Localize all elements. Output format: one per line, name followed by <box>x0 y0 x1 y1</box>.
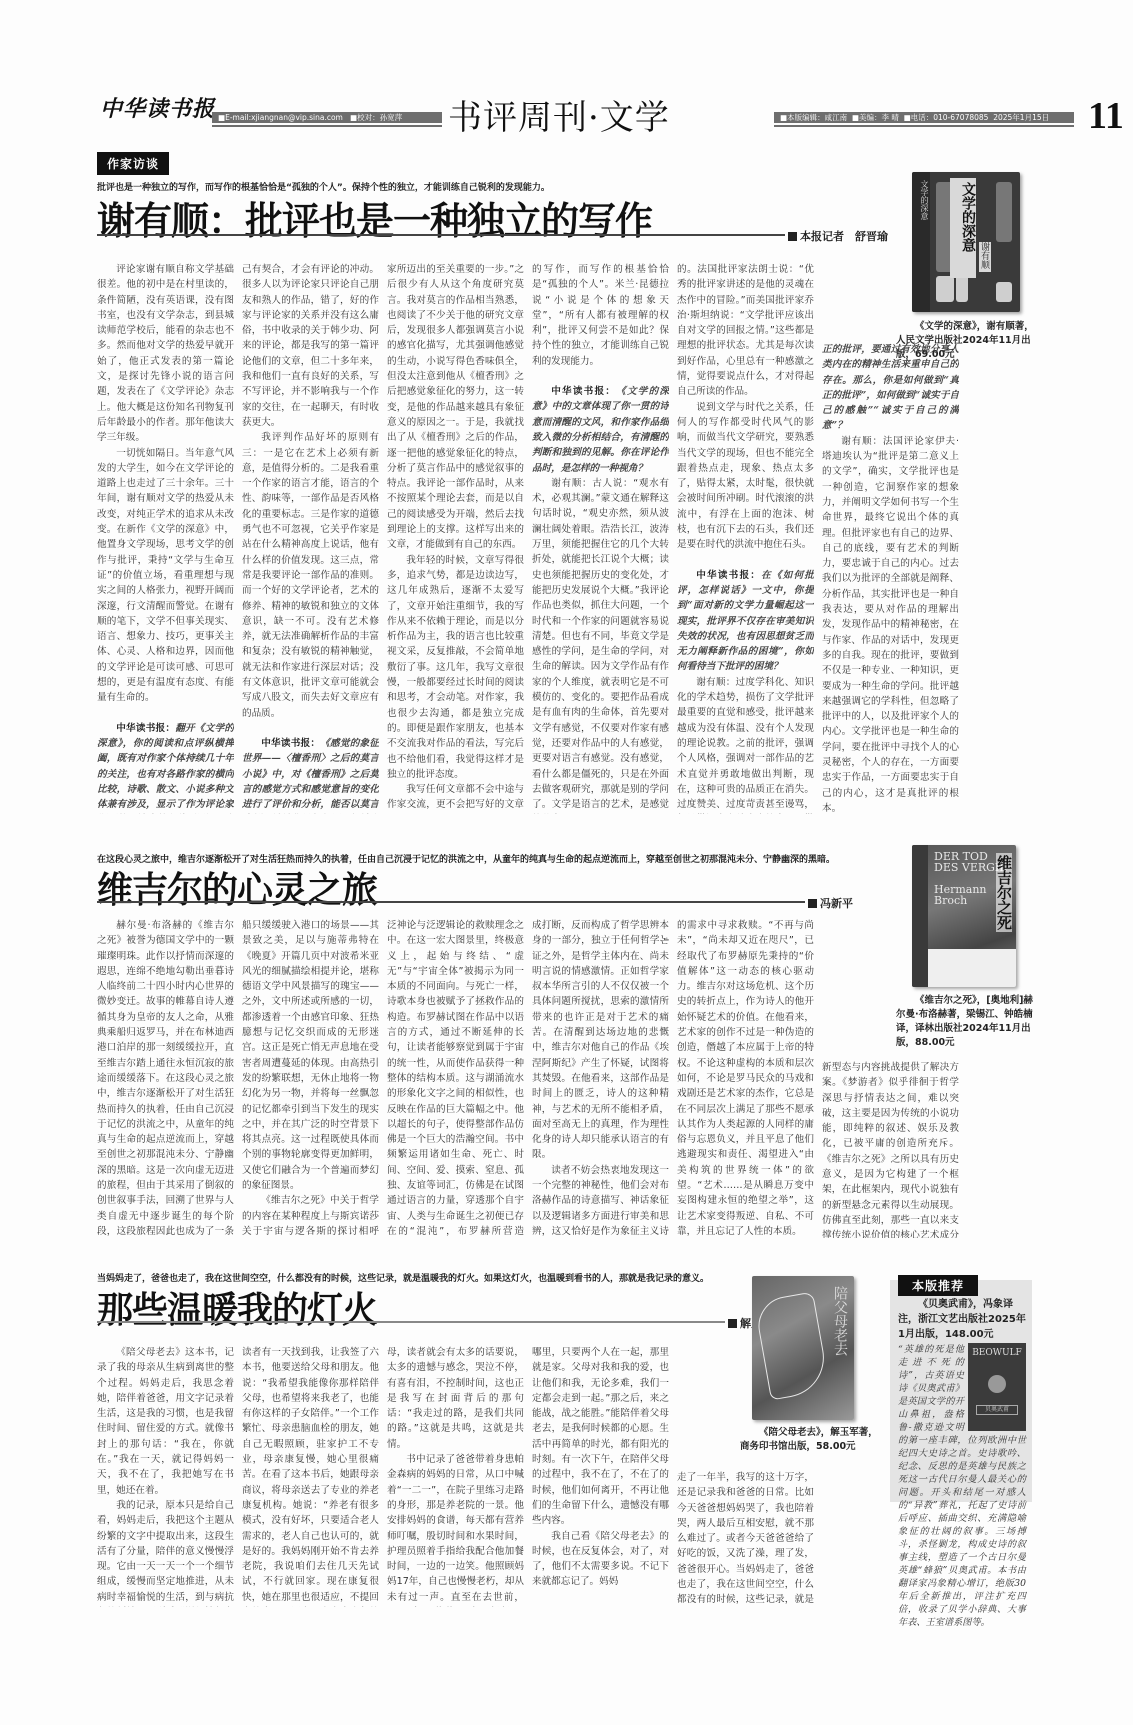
paragraph: 母，读者就会有太多的话要说，太多的遗憾与感念，哭泣不停，有喜有泪，不控制时间，这… <box>387 1345 524 1452</box>
paragraph: 一切恍如隔日。当年意气风发的大学生，如今在文学评论的道路上也走过了三十余年。三十… <box>97 446 234 706</box>
text-column: 家所迈出的至关重要的一步。”之后很少有人从这个角度研究莫言。我对莫言的作品相当熟… <box>387 262 524 814</box>
paragraph: 走了一年半，我写的这十万字，还是记录我和爸爸的日常。比如今天爸爸想妈妈哭了，我也… <box>677 1470 814 1607</box>
text-column: 的。法国批评家法朗士说：“优秀的批评家讲述的是他的灵魂在杰作中的冒险。”而美国批… <box>677 262 814 814</box>
paragraph: 读者不妨会热衷地发现这一一个完整的神秘性，他们会对布洛赫作品的诗意描写、神话象征… <box>532 1163 669 1238</box>
article-headline: 那些温暖我的灯火 <box>97 1282 377 1333</box>
paragraph-text: 《维吉尔之死》中关于哲学的内容在某种程度上与斯宾诺莎关于宇宙与逻各斯的探讨相呼应… <box>242 1195 379 1238</box>
speaker-label: 谢有顺： <box>696 677 735 688</box>
speaker-label: 中华读书报： <box>551 386 616 397</box>
book-title: BEOWULF <box>968 1347 1026 1360</box>
paragraph-text: 船只缓缓驶入港口的场景——其景致之美，足以与施蒂弗特在《晚夏》开篇几页中对波希米… <box>242 920 379 1191</box>
paragraph-text: 读者不妨会热衷地发现这一一个完整的神秘性，他们会对布洛赫作品的诗意描写、神话象征… <box>532 1165 669 1238</box>
article1-body: 评论家谢有顺自称文学基础很差。他的初中是在村里读的，条件简陋，没有英语课，没有图… <box>97 262 1133 814</box>
paragraph: 我自己看《陪父母老去》的时候，也在反复体会，对了，对了，他们不太需要多说。不记下… <box>532 1529 669 1590</box>
paragraph: 的。法国批评家法朗士说：“优秀的批评家讲述的是他的灵魂在杰作中的冒险。”而美国批… <box>677 262 814 400</box>
paragraph: 成打断，反而构成了哲学思辨本身的一部分，独立于任何哲学논证之外，是哲学主体内在、… <box>532 918 669 1163</box>
text-column: 读者有一天找到我，让我签了六本书，他要送给父母和朋友。他说：“我希望我能像你那样… <box>242 1345 379 1607</box>
phone-text: ■电话：010-67078085 <box>904 113 989 122</box>
newspaper-logo: 中华读书报 <box>100 92 215 123</box>
masthead: 中华读书报 ■E-mail:xjiangnan@vip.sina.com ■校对… <box>100 90 1040 134</box>
paragraph-text: 《陪父母老去》这本书，记录了我的母亲从生病到离世的整个过程。妈妈走后，我思念着她… <box>97 1347 234 1496</box>
paragraph-text: 赫尔曼·布洛赫的《维吉尔之死》被誉为德国文学中的一颗璀璨明珠。此作以抒情而深邃的… <box>97 920 234 1238</box>
paragraph-text: 在《如何批评，怎样说话》一文中，你提到“面对新的文学力量崛起这一现实，批评界不仅… <box>677 570 814 673</box>
book-emblem <box>988 1375 1006 1393</box>
article2-body: 赫尔曼·布洛赫的《维吉尔之死》被誉为德国文学中的一颗璀璨明珠。此作以抒情而深邃的… <box>97 918 1133 1238</box>
recommendation-tag: 本版推荐 <box>898 1275 978 1296</box>
book-subtitle: 贝奥武甫 <box>976 1405 1018 1415</box>
paragraph: 《维吉尔之死》中关于哲学的内容在某种程度上与斯宾诺莎关于宇宙与逻各斯的探讨相呼应… <box>242 1193 379 1238</box>
interview-answer: 谢有顺：法国评论家伊夫·塔迪埃认为“批评是第二意义上的文学”，确实，文学批评也是… <box>822 434 959 814</box>
paragraph-text: 说到文学与时代之关系，任何人的写作都受时代风气的影响，而做当代文学研究，要熟悉当… <box>677 402 814 551</box>
contact-bar-left: ■E-mail:xjiangnan@vip.sina.com ■校对：孙宽萍 <box>212 112 442 123</box>
byline: 本报记者 舒晋瑜 <box>788 228 888 244</box>
text-column: 的写作，而写作的根基恰恰是“孤独的个人”。米兰·昆德拉说“小说是个体的想象天堂”… <box>532 262 669 814</box>
paragraph: 我写任何文章都不会中途与作家交流，更不会把写好的文章发给他们征求意见。批评也是一… <box>387 782 524 814</box>
speaker-label: 中华读书报： <box>261 738 320 749</box>
paragraph: 评论家谢有顺自称文学基础很差。他的初中是在村里读的，条件简陋，没有英语课，没有图… <box>97 262 234 446</box>
paragraph: 的需求中寻求救赎。“不再与尚未”，“尚未却又近在咫尺”，已经取代了布罗赫原先秉持… <box>677 918 814 1238</box>
speaker-label: 谢有顺： <box>841 436 883 447</box>
editor-text: ■本版编辑：咸江南 <box>780 113 847 122</box>
interview-answer: 谢有顺：古人说：“观水有术，必观其澜。”蒙文通在解释这句话时说，“观史亦然，须从… <box>532 476 669 814</box>
divider <box>97 1321 725 1323</box>
section-tag: 作家访谈 <box>97 152 169 175</box>
paragraph-text: 新型态与内容挑战提供了解决方案。《梦游者》似乎徘徊于哲学深思与抒情表达之间，难以… <box>822 1062 959 1238</box>
article3-body: 《陪父母老去》这本书，记录了我的母亲从生病到离世的整个过程。妈妈走后，我思念着她… <box>97 1345 877 1607</box>
interview-question: 中华读书报：《文学的深意》中的文章体现了你一贯的诗意而清醒的文风，和作家作品细致… <box>532 384 669 476</box>
paragraph-text: 泛神论与泛逻辑论的救赎理念之中。在这一宏大图景里，终极意义上，起始与终结、“虚无… <box>387 920 524 1238</box>
paragraph-text: 我评判作品好坏的原则有三：一是它在艺术上必须有新意，是值得分析的。二是我看重一个… <box>242 432 379 718</box>
text-column: 哪里，只要两个人在一起，那里就是家。父母对我和我的爱，也让他们和我，无论多难，我… <box>532 1345 669 1607</box>
contact-bar-right: ■本版编辑：咸江南 ■美编：李 晴 ■电话：010-67078085 2025年… <box>774 112 1074 123</box>
paragraph-text: 评论家谢有顺自称文学基础很差。他的初中是在村里读的，条件简陋，没有英语课，没有图… <box>97 264 234 443</box>
section-title: 书评周刊·文学 <box>448 90 670 139</box>
paragraph-text: 《文学的深意》中的文章体现了你一贯的诗意而清醒的文风，和作家作品细致入微的分析相… <box>532 386 669 473</box>
paragraph-text: 家所迈出的至关重要的一步。”之后很少有人从这个角度研究莫言。我对莫言的作品相当熟… <box>387 264 524 550</box>
byline: 冯新平 <box>808 895 853 911</box>
speaker-label: 中华读书报： <box>696 570 761 581</box>
paragraph-text: 母，读者就会有太多的话要说，太多的遗憾与感念，哭泣不停，有喜有泪，不控制时间，这… <box>387 1347 524 1450</box>
speaker-label: 谢有顺： <box>551 478 592 489</box>
divider <box>212 125 442 127</box>
text-column: 赫尔曼·布洛赫的《维吉尔之死》被誉为德国文学中的一颗璀璨明珠。此作以抒情而深邃的… <box>97 918 234 1238</box>
paragraph-text: 走了一年半，我写的这十万字，还是记录我和爸爸的日常。比如今天爸爸想妈妈哭了，我也… <box>677 1472 814 1607</box>
paragraph-text: 成打断，反而构成了哲学思辨本身的一部分，独立于任何哲学논证之外，是哲学主体内在、… <box>532 920 669 1160</box>
paragraph: 我的记录，原本只是给自己看，妈妈走后，我把这个主题从纷繁的文字中提取出来，这段生… <box>97 1498 234 1607</box>
paragraph-text: 的。法国批评家法朗士说：“优秀的批评家讲述的是他的灵魂在杰作中的冒险。”而美国批… <box>677 264 814 397</box>
email-text: ■E-mail:xjiangnan@vip.sina.com <box>218 113 343 122</box>
paragraph-text: 正的批评，要通过有效地分享人类内在的精神生活来重申自己的存在。那么，你是如何做到… <box>822 344 959 431</box>
paragraph: 己有契合，才会有评论的冲动。很多人以为评论家只评论自己朋友和熟人的作品，错了，好… <box>242 262 379 430</box>
paragraph: 说到文学与时代之关系，任何人的写作都受时代风气的影响，而做当代文学研究，要熟悉当… <box>677 400 814 553</box>
text-column: 新型态与内容挑战提供了解决方案。《梦游者》似乎徘徊于哲学深思与抒情表达之间，难以… <box>822 1060 959 1238</box>
paragraph-text: 古人说：“观水有术，必观其澜。”蒙文通在解释这句话时说，“观史亦然，须从波澜壮阔… <box>532 478 669 814</box>
text-column: 船只缓缓驶入港口的场景——其景致之美，足以与施蒂弗特在《晚夏》开篇几页中对波希米… <box>242 918 379 1238</box>
divider <box>774 125 1074 127</box>
article-headline: 谢有顺：批评也是一种独立的写作 <box>97 190 652 245</box>
article-headline: 维吉尔的心灵之旅 <box>97 862 377 913</box>
text-column: 成打断，反而构成了哲学思辨本身的一部分，独立于任何哲学논证之外，是哲学主体内在、… <box>532 918 669 1238</box>
paragraph: 泛神论与泛逻辑论的救赎理念之中。在这一宏大图景里，终极意义上，起始与终结、“虚无… <box>387 918 524 1238</box>
date-text: 2025年1月15日 <box>993 113 1049 122</box>
interview-question: 中华读书报：在《如何批评，怎样说话》一文中，你提到“面对新的文学力量崛起这一现实… <box>677 568 814 675</box>
recommendation-body: BEOWULF 贝奥武甫 “英雄的死是他走进不死的诗”，古英语史诗《贝奥武甫》是… <box>898 1343 1026 1629</box>
interview-question: 中华读书报：《感觉的象征世界——〈檀香刑〉之后的莫言小说》中，对《檀香刑》之后莫… <box>242 736 379 814</box>
paragraph-text: 我写任何文章都不会中途与作家交流，更不会把写好的文章发给他们征求意见。批评也是一… <box>387 784 524 814</box>
recommendation-heading: 《贝奥武甫》，冯象译注，浙江文艺出版社2025年1月出版，148.00元 <box>898 1297 1026 1342</box>
paragraph-text: 过度学科化、知识化的学术趋势，损伤了文学批评最重要的直觉和感受，批评越来越成为没… <box>677 677 814 814</box>
paragraph-text: 读者有一天找到我，让我签了六本书，他要送给父母和朋友。他说：“我希望我能像你那样… <box>242 1347 379 1607</box>
text-column: 走了一年半，我写的这十万字，还是记录我和爸爸的日常。比如今天爸爸想妈妈哭了，我也… <box>677 1470 814 1607</box>
page-number: 11 <box>1088 94 1124 138</box>
divider <box>97 901 805 903</box>
interview-answer: 谢有顺：过度学科化、知识化的学术趋势，损伤了文学批评最重要的直觉和感受，批评越来… <box>677 675 814 814</box>
designer-text: ■美编：李 晴 <box>852 113 899 122</box>
paragraph-text: 翻开《文学的深意》，你的阅读和点评纵横捭阖，既有对作家个体持续几十年的关注，也有… <box>97 723 234 814</box>
paragraph-text: 哪里，只要两个人在一起，那里就是家。父母对我和我的爱，也让他们和我，无论多难，我… <box>532 1347 669 1526</box>
paragraph: 新型态与内容挑战提供了解决方案。《梦游者》似乎徘徊于哲学深思与抒情表达之间，难以… <box>822 1060 959 1238</box>
text-column: 《陪父母老去》这本书，记录了我的母亲从生病到离世的整个过程。妈妈走后，我思念着她… <box>97 1345 234 1607</box>
text-column: 正的批评，要通过有效地分享人类内在的精神生活来重申自己的存在。那么，你是如何做到… <box>822 342 959 814</box>
paragraph: 的写作，而写作的根基恰恰是“孤独的个人”。米兰·昆德拉说“小说是个体的想象天堂”… <box>532 262 669 369</box>
paragraph: 赫尔曼·布洛赫的《维吉尔之死》被誉为德国文学中的一颗璀璨明珠。此作以抒情而深邃的… <box>97 918 234 1238</box>
paragraph: 家所迈出的至关重要的一步。”之后很少有人从这个角度研究莫言。我对莫言的作品相当熟… <box>387 262 524 553</box>
paragraph-text: 己有契合，才会有评论的冲动。很多人以为评论家只评论自己朋友和熟人的作品，错了，好… <box>242 264 379 428</box>
paragraph: 书中记录了爸爸带着身患帕金森病的妈妈的日常，从口中喊着“一二一”，在院子里练习走… <box>387 1452 524 1607</box>
divider <box>97 234 785 236</box>
paragraph: 《陪父母老去》这本书，记录了我的母亲从生病到离世的整个过程。妈妈走后，我思念着她… <box>97 1345 234 1498</box>
text-column: 母，读者就会有太多的话要说，太多的遗憾与感念，哭泣不停，有喜有泪，不控制时间，这… <box>387 1345 524 1607</box>
paragraph-text: 书中记录了爸爸带着身患帕金森病的妈妈的日常，从口中喊着“一二一”，在院子里练习走… <box>387 1454 524 1607</box>
text-column: 评论家谢有顺自称文学基础很差。他的初中是在村里读的，条件简陋，没有英语课，没有图… <box>97 262 234 814</box>
interview-question: 中华读书报：翻开《文学的深意》，你的阅读和点评纵横捭阖，既有对作家个体持续几十年… <box>97 721 234 814</box>
paragraph: 读者有一天找到我，让我签了六本书，他要送给父母和朋友。他说：“我希望我能像你那样… <box>242 1345 379 1607</box>
text-column: 泛神论与泛逻辑论的救赎理念之中。在这一宏大图景里，终极意义上，起始与终结、“虚无… <box>387 918 524 1238</box>
paragraph-text: 法国评论家伊夫·塔迪埃认为“批评是第二意义上的文学”，确实，文学批评也是一种创造… <box>822 436 959 814</box>
paragraph: 哪里，只要两个人在一起，那里就是家。父母对我和我的爱，也让他们和我，无论多难，我… <box>532 1345 669 1529</box>
text-column: 己有契合，才会有评论的冲动。很多人以为评论家只评论自己朋友和熟人的作品，错了，好… <box>242 262 379 814</box>
paragraph-text: 的需求中寻求救赎。“不再与尚未”，“尚未却又近在咫尺”，已经取代了布罗赫原先秉持… <box>677 920 814 1237</box>
paragraph: 我年轻的时候，文章写得很多，追求气势，都是边读边写，这几年成熟后，逐渐不太爱写了… <box>387 553 524 782</box>
proofreader-text: ■校对：孙宽萍 <box>350 113 402 122</box>
book-cover-beowulf: BEOWULF 贝奥武甫 <box>968 1343 1026 1431</box>
paragraph-text: 我自己看《陪父母老去》的时候，也在反复体会，对了，对了，他们不太需要多说。不记下… <box>532 1531 669 1588</box>
interview-question: 正的批评，要通过有效地分享人类内在的精神生活来重申自己的存在。那么，你是如何做到… <box>822 342 959 434</box>
paragraph-text: 我年轻的时候，文章写得很多，追求气势，都是边读边写，这几年成熟后，逐渐不太爱写了… <box>387 555 524 780</box>
paragraph-text: 一切恍如隔日。当年意气风发的大学生，如今在文学评论的道路上也走过了三十余年。三十… <box>97 448 234 704</box>
text-column: 的需求中寻求救赎。“不再与尚未”，“尚未却又近在咫尺”，已经取代了布罗赫原先秉持… <box>677 918 814 1238</box>
paragraph: 我评判作品好坏的原则有三：一是它在艺术上必须有新意，是值得分析的。二是我看重一个… <box>242 430 379 721</box>
paragraph: 船只缓缓驶入港口的场景——其景致之美，足以与施蒂弗特在《晚夏》开篇几页中对波希米… <box>242 918 379 1193</box>
paragraph-text: 的写作，而写作的根基恰恰是“孤独的个人”。米兰·昆德拉说“小说是个体的想象天堂”… <box>532 264 669 367</box>
speaker-label: 中华读书报： <box>116 723 175 734</box>
paragraph-text: 《感觉的象征世界——〈檀香刑〉之后的莫言小说》中，对《檀香刑》之后莫言的感觉方式… <box>242 738 379 814</box>
paragraph-text: 我的记录，原本只是给自己看，妈妈走后，我把这个主题从纷繁的文字中提取出来，这段生… <box>97 1500 234 1607</box>
